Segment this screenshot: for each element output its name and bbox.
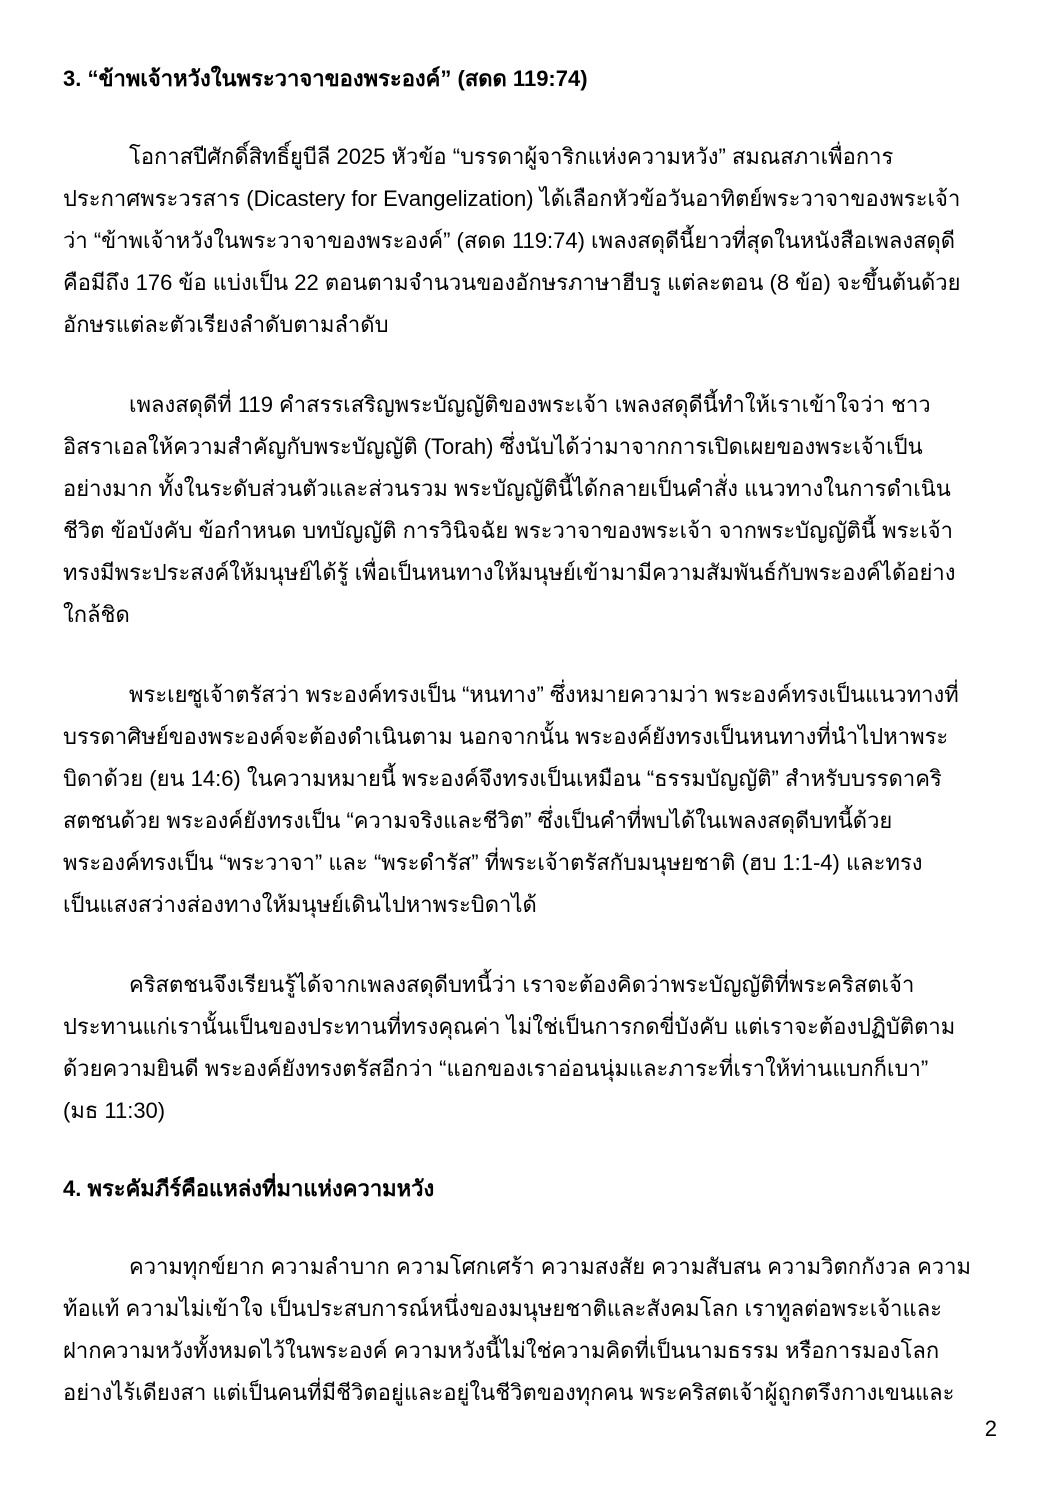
section-3-paragraph-2: เพลงสดุดีที่ 119 คำสรรเสริญพระบัญญัติของ… [63, 384, 997, 636]
document-page: 3. “ข้าพเจ้าหวังในพระวาจาของพระองค์” (สด… [0, 0, 1060, 1414]
page-number: 2 [985, 1408, 997, 1450]
section-3-paragraph-4: คริสตชนจึงเรียนรู้ได้จากเพลงสดุดีบทนี้ว่… [63, 964, 997, 1132]
section-3-paragraph-3: พระเยซูเจ้าตรัสว่า พระองค์ทรงเป็น “หนทาง… [63, 674, 997, 926]
section-3-heading: 3. “ข้าพเจ้าหวังในพระวาจาของพระองค์” (สด… [63, 58, 997, 100]
section-3-paragraph-1: โอกาสปีศักดิ์สิทธิ์ยูบีลี 2025 หัวข้อ “บ… [63, 136, 997, 346]
section-4-paragraph-1: ความทุกข์ยาก ความลำบาก ความโศกเศร้า ความ… [63, 1246, 997, 1414]
section-4-heading: 4. พระคัมภีร์คือแหล่งที่มาแห่งความหวัง [63, 1168, 997, 1210]
